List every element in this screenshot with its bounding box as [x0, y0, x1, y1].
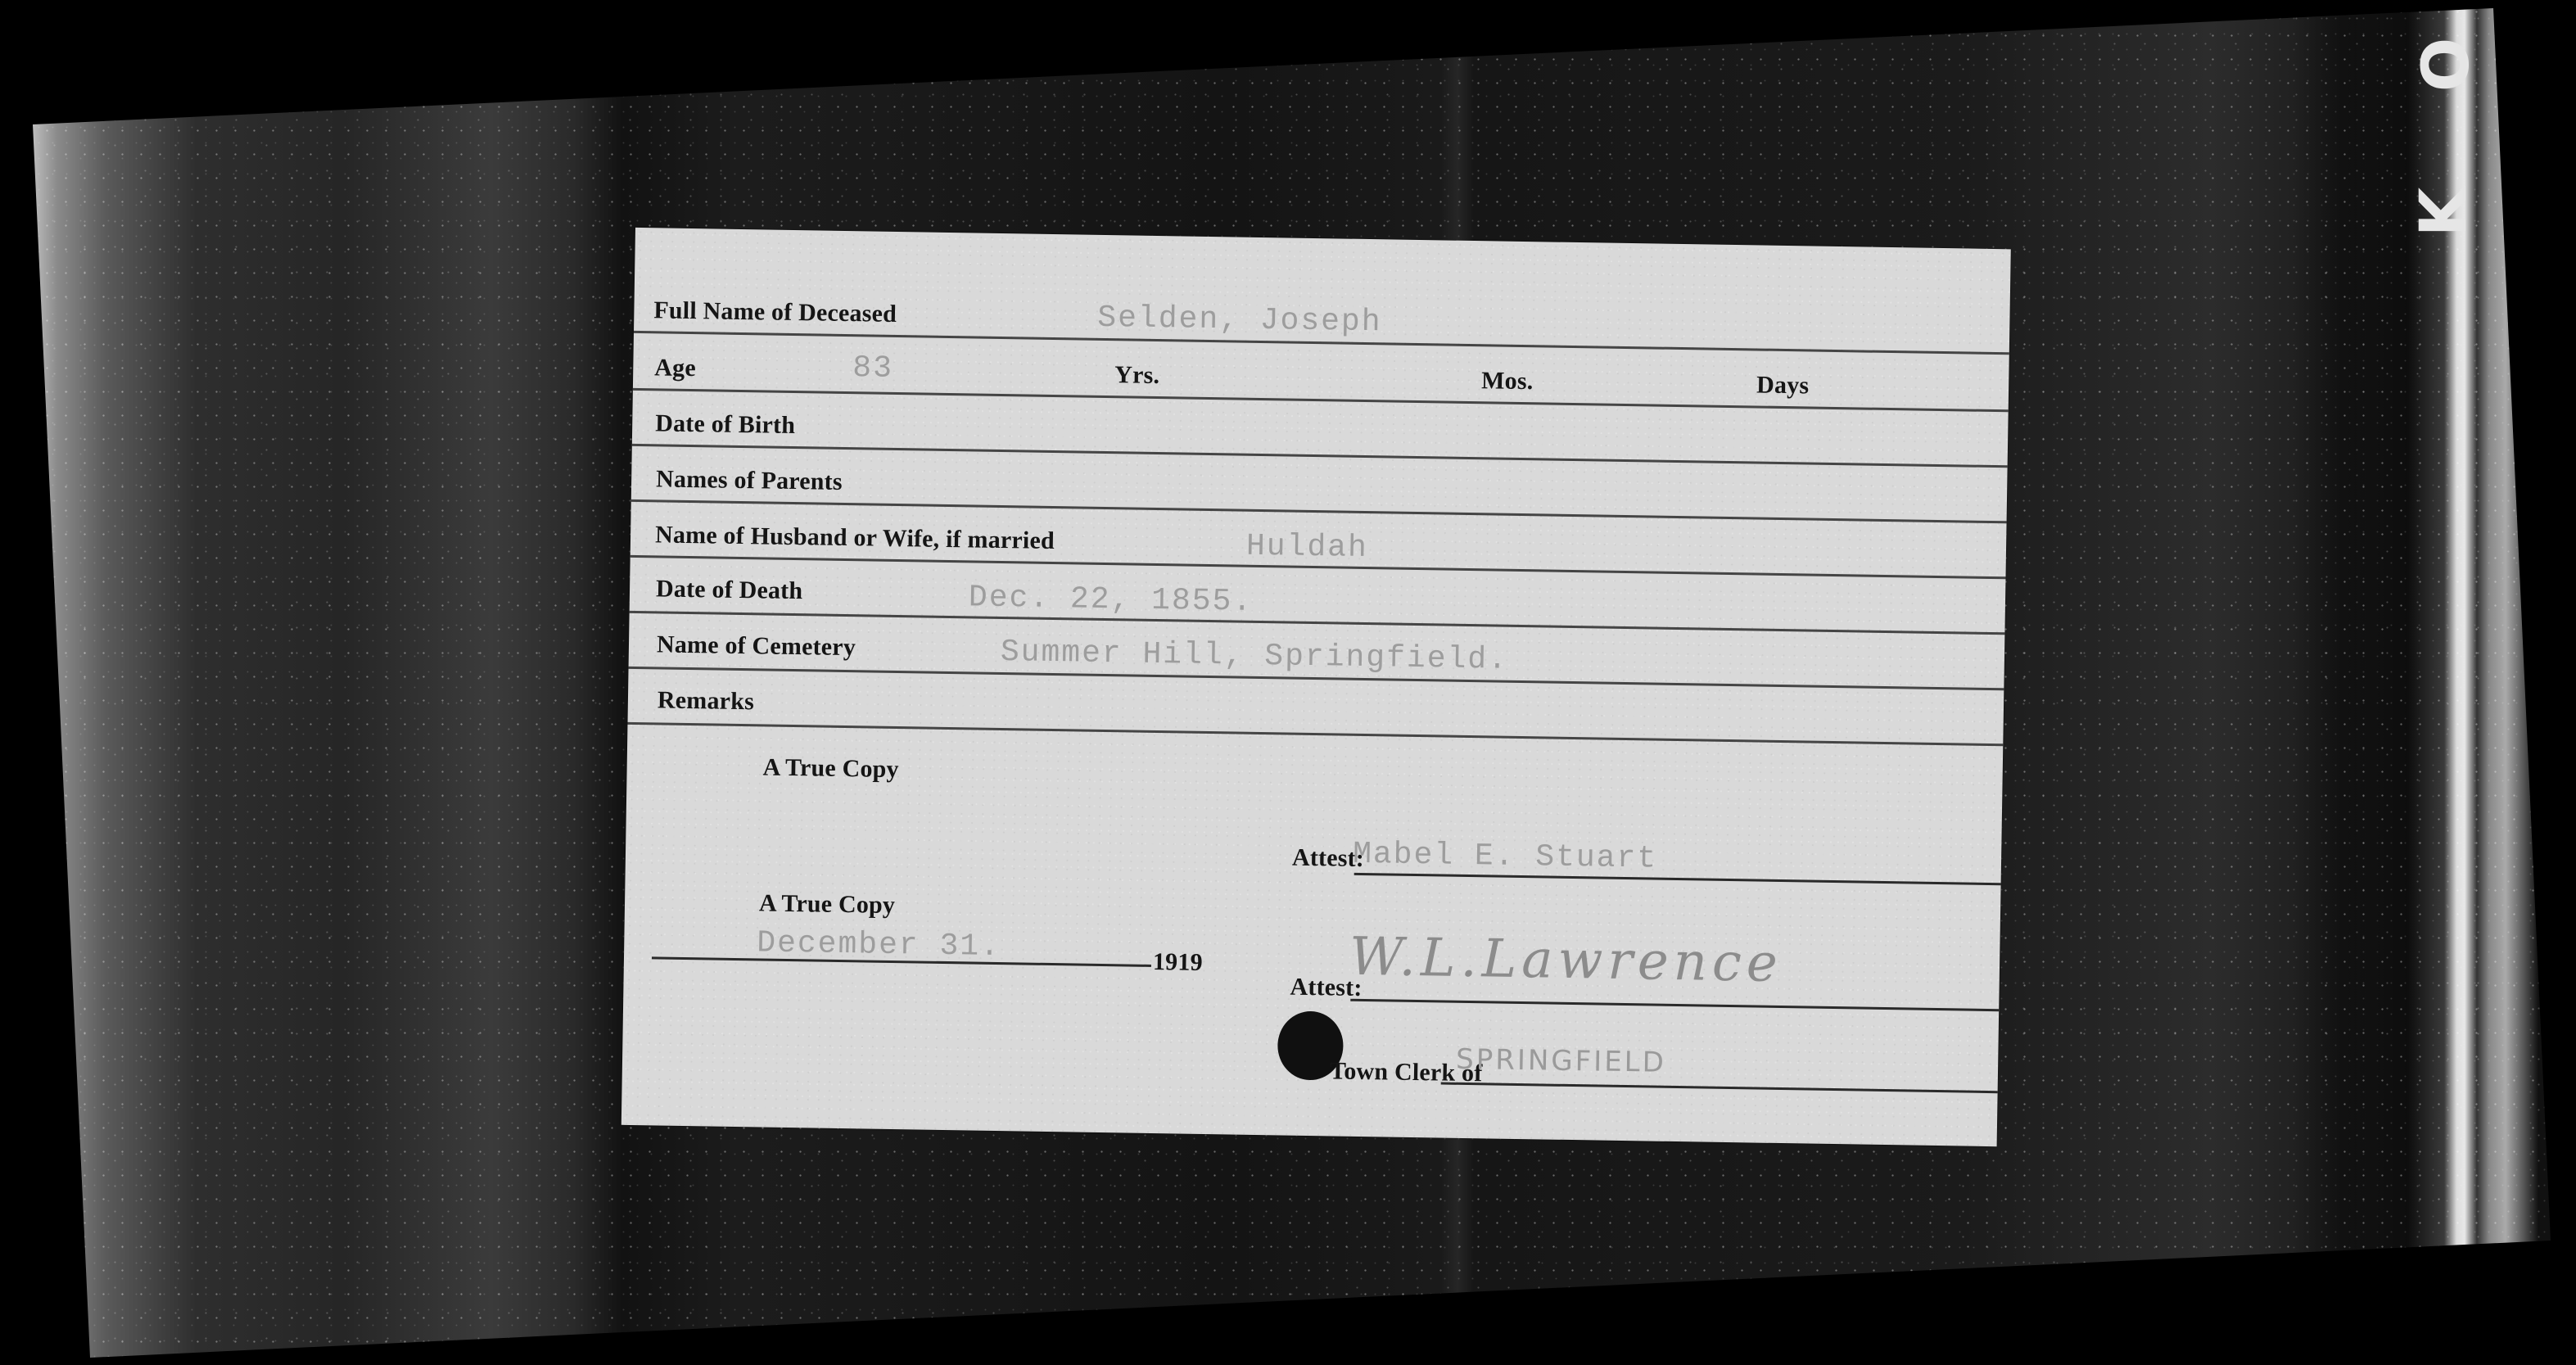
spouse-label: Name of Husband or Wife, if married: [655, 521, 1055, 555]
attest-1-value: Mabel E. Stuart: [1353, 837, 1658, 877]
full-name-value: Selden, Joseph: [1097, 301, 1382, 340]
rule-line: [631, 499, 2007, 523]
date-of-birth-label: Date of Birth: [655, 409, 795, 440]
true-copy-label-1: A True Copy: [762, 753, 899, 784]
rule-line: [630, 611, 2005, 635]
rule-line: [632, 444, 2008, 468]
death-record-card: Full Name of Deceased Selden, Joseph Age…: [621, 228, 2011, 1146]
cemetery-value: Summer Hill, Springfield.: [1001, 635, 1509, 678]
attest-2-line: [1350, 999, 1999, 1011]
attest-label-2: Attest:: [1290, 974, 1363, 1002]
edge-mark-o: O: [2415, 38, 2479, 92]
cemetery-label: Name of Cemetery: [657, 631, 856, 662]
age-label: Age: [654, 354, 696, 382]
parents-label: Names of Parents: [656, 465, 843, 496]
certification-year: 1919: [1153, 948, 1203, 977]
full-name-label: Full Name of Deceased: [653, 296, 897, 328]
town-clerk-line: [1441, 1083, 1998, 1094]
rule-line: [627, 722, 2003, 746]
true-copy-label-2: A True Copy: [759, 889, 896, 920]
months-label: Mos.: [1481, 367, 1534, 395]
date-of-death-value: Dec. 22, 1855.: [969, 580, 1254, 619]
age-value: 83: [852, 350, 893, 386]
remarks-label: Remarks: [658, 686, 755, 716]
days-label: Days: [1756, 371, 1810, 400]
years-label: Yrs.: [1114, 361, 1159, 390]
spouse-value: Huldah: [1246, 529, 1368, 566]
town-stamp-value: SPRINGFIELD: [1456, 1043, 1666, 1079]
edge-mark-k: K: [2412, 188, 2476, 237]
film-edge-marks: O K: [2420, 16, 2469, 262]
attest-2-signature: W.L.Lawrence: [1349, 927, 1783, 994]
date-of-death-label: Date of Death: [656, 575, 803, 605]
attest-1-line: [1354, 873, 2001, 885]
